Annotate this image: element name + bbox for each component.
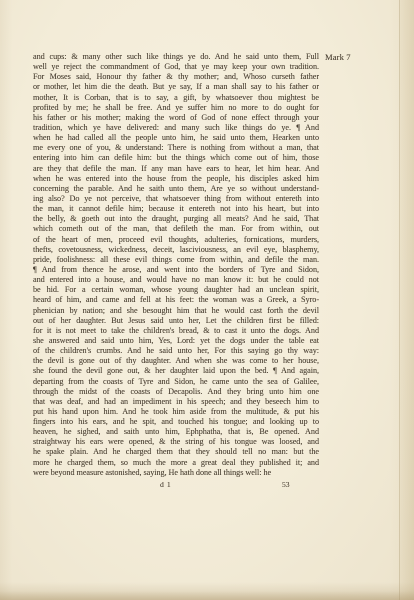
text-line: put his hand upon him. And he took him a… [33,407,319,417]
text-line: are they that defile the man. If any man… [33,164,319,174]
text-line: she found the devil gone out, & her daug… [33,366,319,376]
running-head: Mark 7 [325,52,351,62]
text-line: more he charged them, so much the more a… [33,458,319,468]
signature-mark: d 1 [160,480,171,489]
text-line: of the heart of men, proceed evil though… [33,235,319,245]
text-line: pride, foolishness: all these evil thing… [33,255,319,265]
text-line: ¶ And from thence he arose, and went int… [33,265,319,275]
text-line: entering into him can defile him: but th… [33,153,319,163]
text-line: when he was entered into the house from … [33,174,319,184]
text-line: for it is not meet to take the children'… [33,326,319,336]
book-page: Mark 7 and cups: & many other such like … [0,0,414,600]
text-line: straightway his ears were opened, & the … [33,437,319,447]
text-line: concerning the parable. And he saith unt… [33,184,319,194]
text-line: the belly, & goeth out into the draught,… [33,214,319,224]
text-line: and entered into a house, and would have… [33,275,319,285]
page-number: 53 [282,480,290,489]
text-line: ing also? Do ye not perceive, that whats… [33,194,319,204]
text-line: he spake plain. And he charged them that… [33,447,319,457]
page-bottom-edge [0,591,414,600]
text-line: that was deaf, and had an impediment in … [33,397,319,407]
body-text: and cups: & many other such like things … [33,52,319,478]
text-line: his father or his mother; making the wor… [33,113,319,123]
text-line: heard of him, and came and fell at his f… [33,295,319,305]
text-line: profited by me; he shall be free. And ye… [33,103,319,113]
text-line: heaven, he sighed, and saith unto him, E… [33,427,319,437]
text-line: mother, It is Corban, that is to say, a … [33,93,319,103]
text-line: the devil is gone out of thy daughter. A… [33,356,319,366]
text-line: through the midst of the coasts of Decap… [33,387,319,397]
text-line: For Moses said, Honour thy father & thy … [33,72,319,82]
text-line: and cups: & many other such like things … [33,52,319,62]
text-line: be hid. For a certain woman, whose young… [33,285,319,295]
text-line: when he had called all the people unto h… [33,133,319,143]
text-line: the man, it cannot defile him; because i… [33,204,319,214]
text-line: tradition, which ye have delivered: and … [33,123,319,133]
text-line: departing from the coasts of Tyre and Si… [33,377,319,387]
text-line: were beyond measure astonished, saying, … [33,468,319,478]
page-edge-shade [400,0,414,600]
text-line: well ye reject the commandment of God, t… [33,62,319,72]
text-line: phenician by nation; and she besought hi… [33,306,319,316]
text-line: fingers into his ears, and he spit, and … [33,417,319,427]
text-line: she answered and said unto him, Yes, Lor… [33,336,319,346]
text-line: which cometh out of the man, that defile… [33,224,319,234]
text-line: me every one of you, & understand: There… [33,143,319,153]
text-line: thefts, covetousness, wickedness, deceit… [33,245,319,255]
text-line: of the children's crumbs. And he said un… [33,346,319,356]
text-line: out of her daughter. But Jesus said unto… [33,316,319,326]
text-line: or mother, let him die the death. But ye… [33,82,319,92]
